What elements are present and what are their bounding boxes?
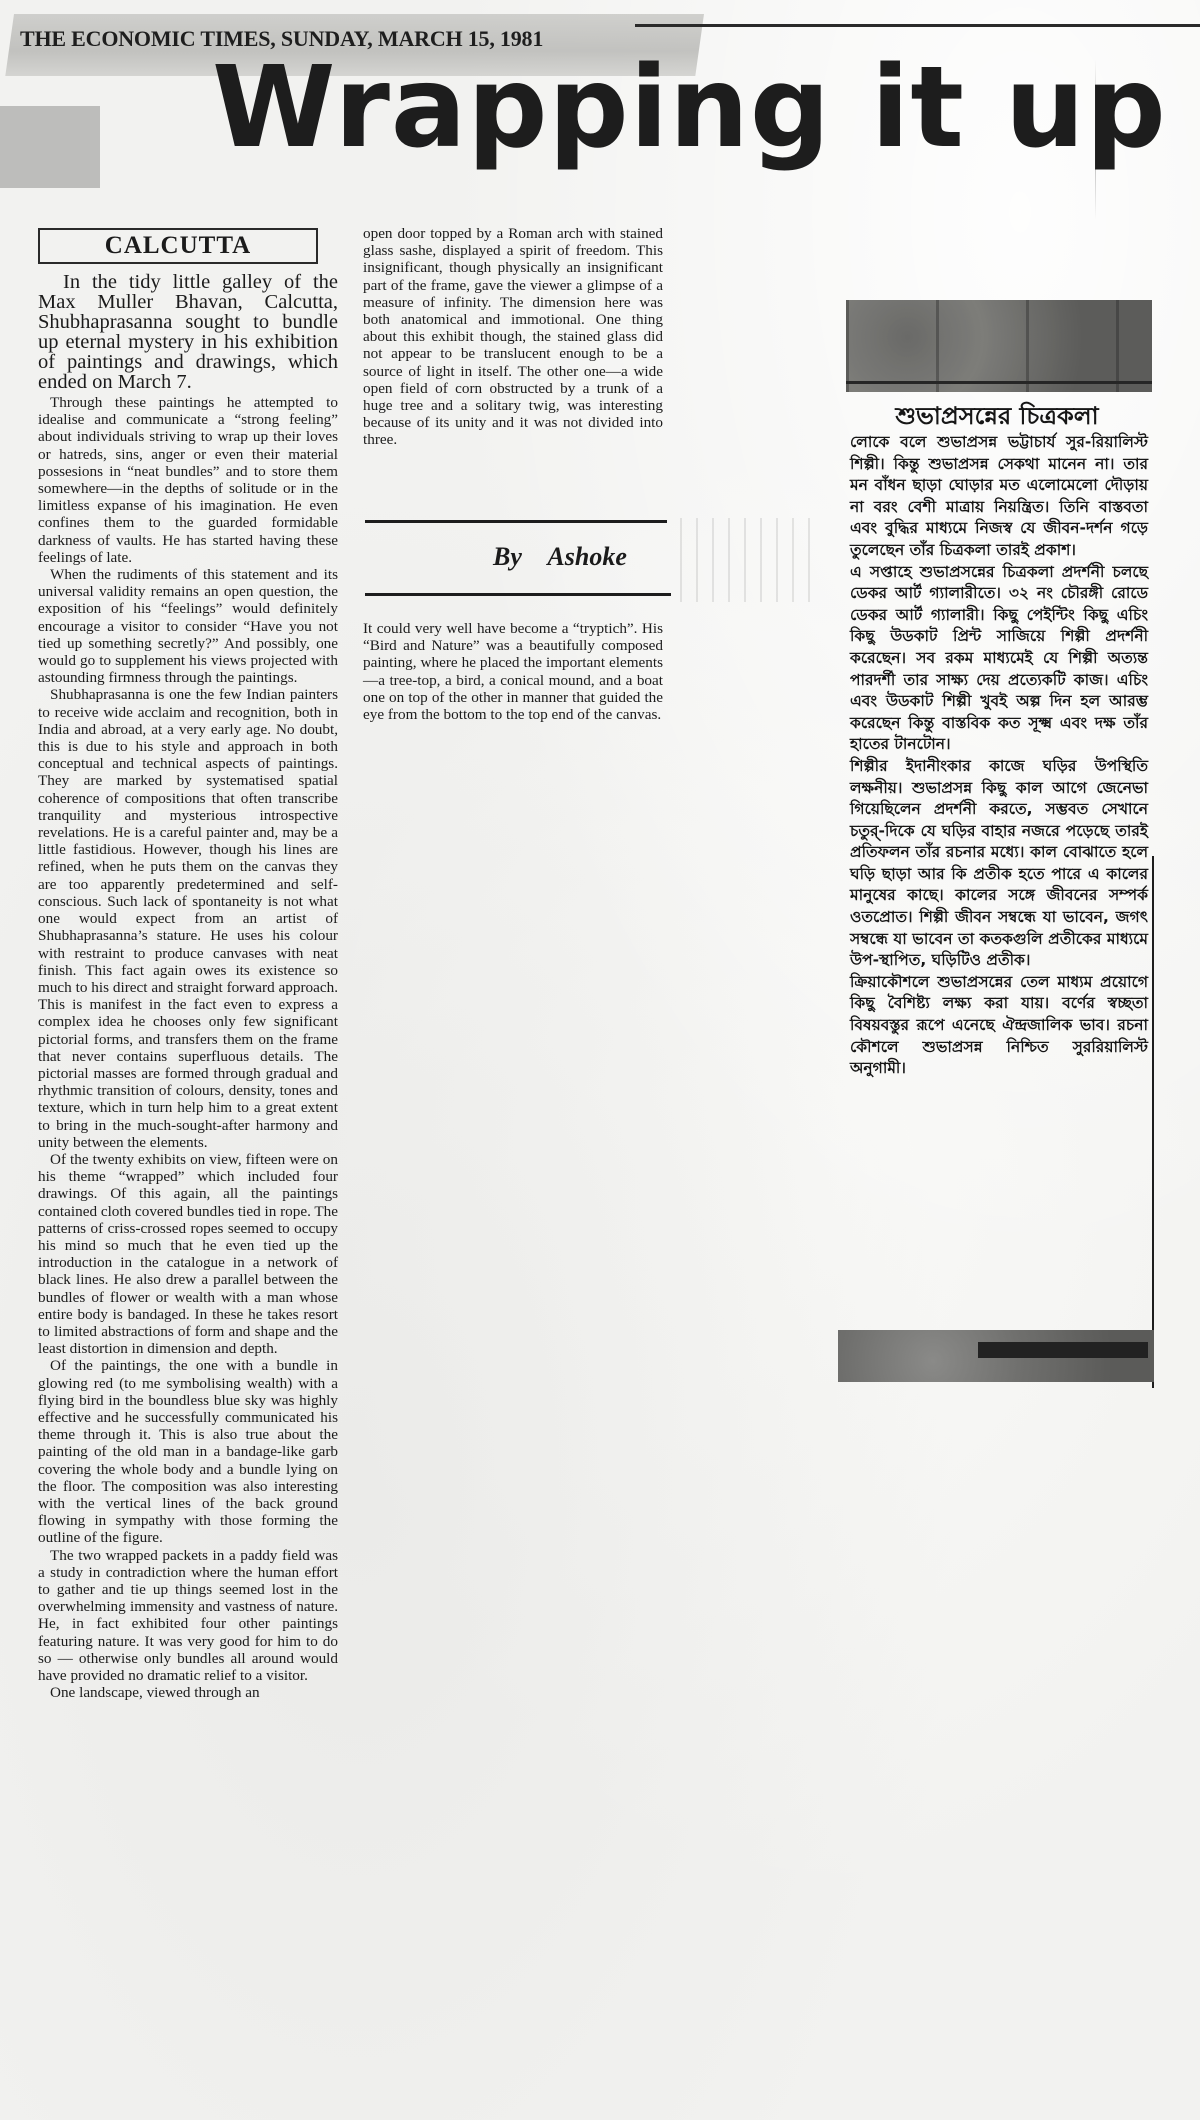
bengali-clipping: শুভাপ্রসন্নের চিত্রকলা লোকে বলে শুভাপ্রস…: [838, 296, 1150, 1388]
rule: [365, 593, 671, 596]
paragraph: The two wrapped packets in a paddy field…: [38, 1547, 338, 1685]
byline-block: By Ashoke: [363, 520, 673, 600]
article-column-middle-bottom: It could very well have become a “trypti…: [363, 620, 663, 723]
paragraph: It could very well have become a “trypti…: [363, 620, 663, 723]
clipping-footer-photo: [838, 1330, 1154, 1382]
clipping-paragraph: ক্রিয়াকৌশলে শুভাপ্রসন্নের তেল মাধ্যম প্…: [850, 972, 1148, 1080]
paragraph: Of the twenty exhibits on view, fifteen …: [38, 1151, 338, 1357]
halftone-photo: [846, 300, 1152, 392]
dateline: CALCUTTA: [38, 228, 318, 264]
paragraph: When the rudiments of this statement and…: [38, 566, 338, 686]
clipping-paragraph: শিল্পীর ইদানীংকার কাজে ঘড়ির উপস্থিতি লক…: [850, 756, 1148, 972]
article-column-middle: open door topped by a Roman arch with st…: [363, 225, 663, 449]
clipping-paragraph: লোকে বলে শুভাপ্রসন্ন ভট্টাচার্য সুর-রিয়…: [850, 432, 1148, 562]
clipping-body: লোকে বলে শুভাপ্রসন্ন ভট্টাচার্য সুর-রিয়…: [850, 432, 1148, 1080]
paragraph: Through these paintings he attempted to …: [38, 394, 338, 566]
article-column-left: CALCUTTA In the tidy little galley of th…: [38, 228, 338, 1701]
print-smudge: [680, 518, 820, 602]
tape-patch: [0, 106, 100, 188]
headline: Wrapping it up: [212, 52, 1167, 164]
paragraph-continuation: open door topped by a Roman arch with st…: [363, 225, 663, 449]
paragraph: Of the paintings, the one with a bundle …: [38, 1357, 338, 1546]
paragraph-continued: One landscape, viewed through an: [38, 1684, 338, 1701]
paragraph: Shubhaprasanna is one the few Indian pai…: [38, 686, 338, 1150]
rule: [365, 520, 667, 523]
clipping-border: [1152, 856, 1154, 1388]
top-rule: [635, 24, 1200, 27]
lead-paragraph: In the tidy little galley of the Max Mul…: [38, 272, 338, 392]
clipping-paragraph: এ সপ্তাহে শুভাপ্রসন্নের চিত্রকলা প্রদর্শ…: [850, 562, 1148, 756]
byline: By Ashoke: [493, 542, 627, 572]
